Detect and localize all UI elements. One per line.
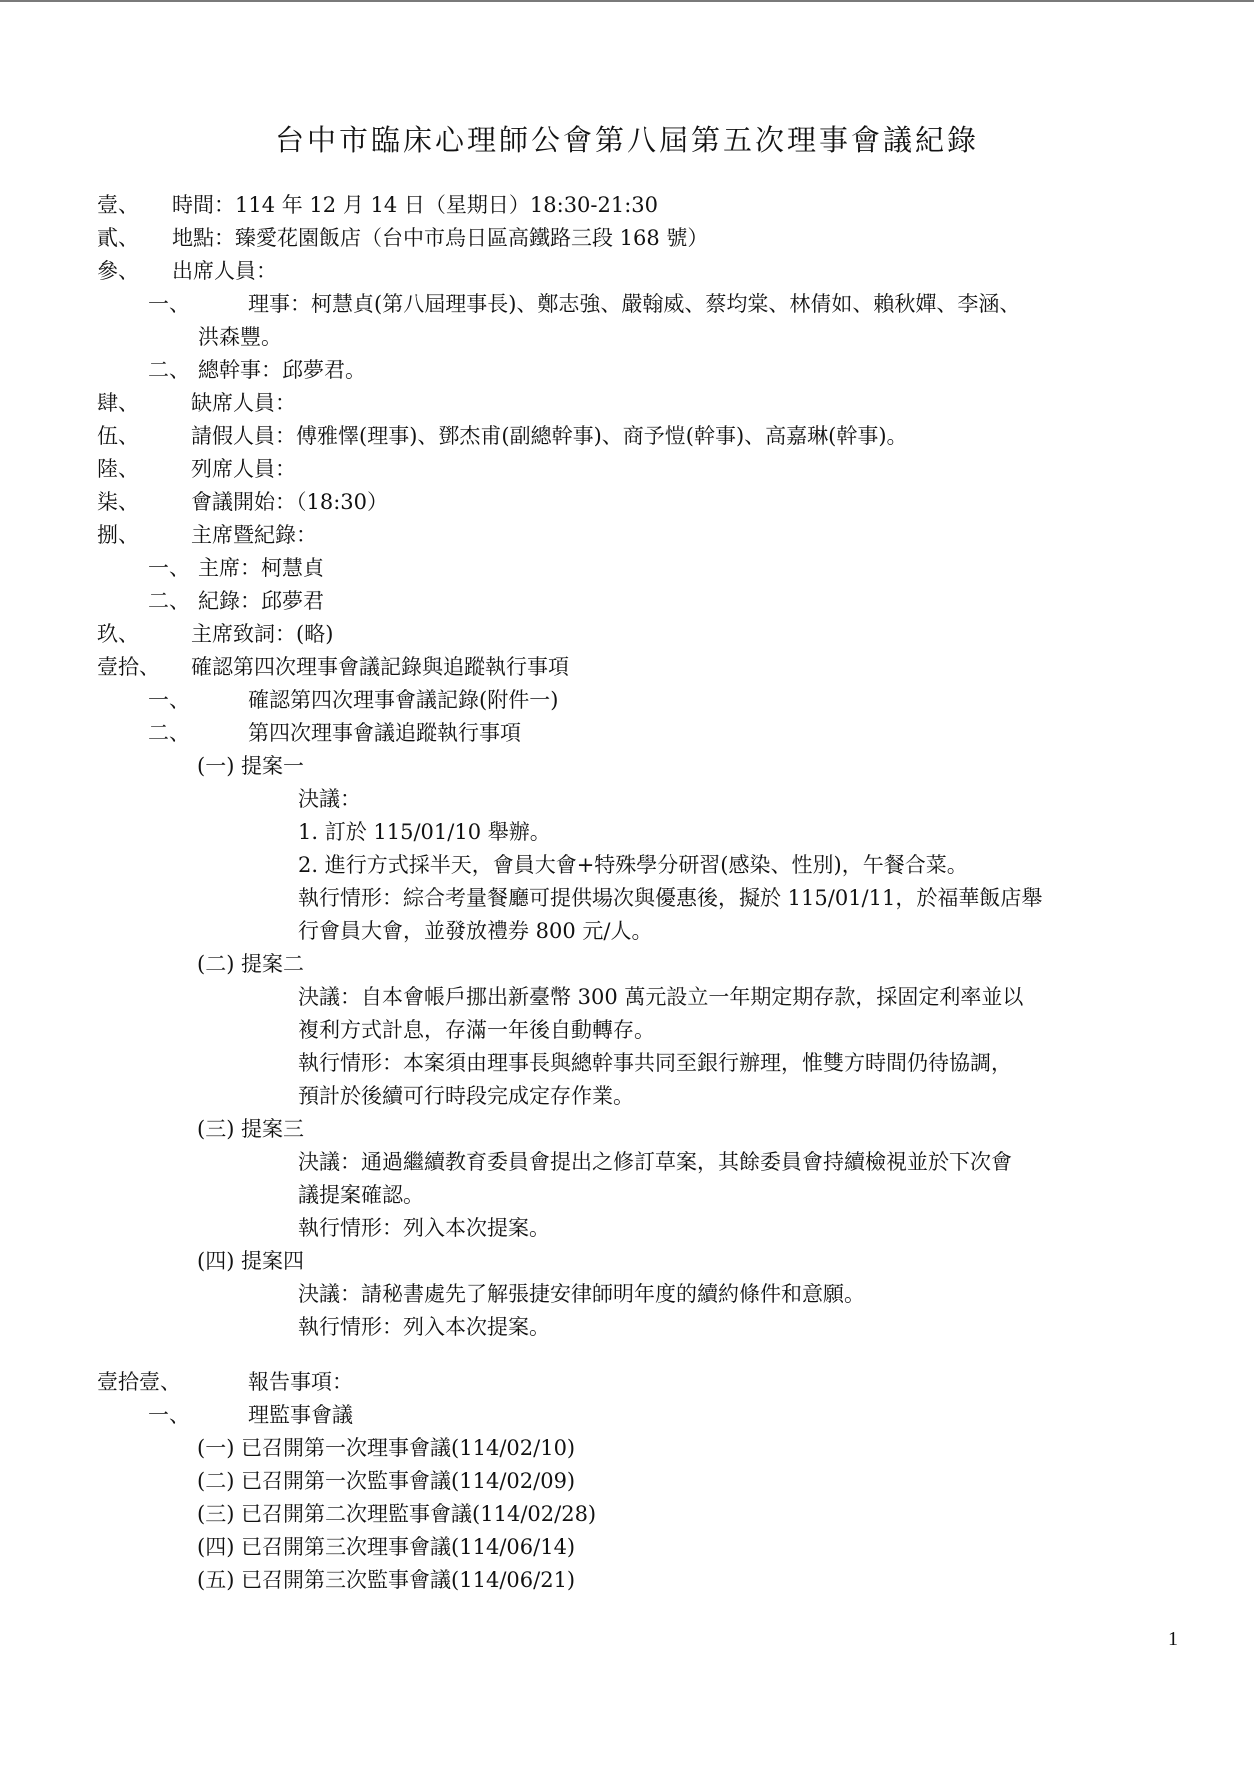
item-number: 二、 <box>148 585 190 618</box>
proposal-text: 複利方式計息，存滿一年後自動轉存。 <box>298 1014 655 1047</box>
proposal-text: 決議：自本會帳戶挪出新臺幣 300 萬元設立一年期定期存款，採固定利率並以 <box>298 981 1023 1014</box>
confirm-minutes: 確認第四次理事會議記錄(附件一) <box>248 684 558 717</box>
section-number: 貳、 <box>97 222 139 255</box>
attendees-directors: 理事：柯慧貞(第八屆理事長)、鄭志強、嚴翰威、蔡均棠、林倩如、賴秋嬋、李涵、 <box>248 288 1020 321</box>
leave-list: 請假人員：傅雅懌(理事)、鄧杰甫(副總幹事)、商予愷(幹事)、高嘉琳(幹事)。 <box>191 420 908 453</box>
section-number: 參、 <box>97 255 139 288</box>
attendees-heading: 出席人員： <box>172 255 277 288</box>
meeting-item: (二) 已召開第一次監事會議(114/02/09) <box>197 1465 575 1498</box>
absent-heading: 缺席人員： <box>191 387 296 420</box>
proposal-text: 議提案確認。 <box>298 1179 424 1212</box>
item-number: 一、 <box>148 1399 190 1432</box>
proposal-text: 2. 進行方式採半天，會員大會+特殊學分研習(感染、性別)，午餐合菜。 <box>298 849 968 882</box>
item-number: 一、 <box>148 684 190 717</box>
proposal-text: 決議： <box>298 783 361 816</box>
section-number: 壹拾壹、 <box>97 1366 181 1399</box>
proposal-text: 執行情形：列入本次提案。 <box>298 1212 550 1245</box>
proposal-label: (一) 提案一 <box>197 750 304 783</box>
item-number: 二、 <box>148 717 190 750</box>
section-number: 伍、 <box>97 420 139 453</box>
meeting-start: 會議開始：（18:30） <box>191 486 388 519</box>
item-number: 二、 <box>148 354 190 387</box>
meeting-item: (四) 已召開第三次理事會議(114/06/14) <box>197 1531 575 1564</box>
meeting-location: 地點：臻愛花園飯店（台中市烏日區高鐵路三段 168 號） <box>172 222 708 255</box>
proposal-text: 執行情形：列入本次提案。 <box>298 1311 550 1344</box>
attendees-secretary: 總幹事：邱夢君。 <box>198 354 366 387</box>
proposal-text: 決議：通過繼續教育委員會提出之修訂草案，其餘委員會持續檢視並於下次會 <box>298 1146 1012 1179</box>
meeting-item: (五) 已召開第三次監事會議(114/06/21) <box>197 1564 575 1597</box>
chair-recorder-heading: 主席暨紀錄： <box>191 519 317 552</box>
followup-heading: 第四次理事會議追蹤執行事項 <box>248 717 521 750</box>
proposal-label: (三) 提案三 <box>197 1113 304 1146</box>
section-number: 玖、 <box>97 618 139 651</box>
section-number: 陸、 <box>97 453 139 486</box>
chair: 主席：柯慧貞 <box>198 552 324 585</box>
document-title: 台中市臨床心理師公會第八屆第五次理事會議紀錄 <box>0 118 1254 159</box>
chair-speech: 主席致詞：(略) <box>191 618 333 651</box>
meeting-item: (一) 已召開第一次理事會議(114/02/10) <box>197 1432 575 1465</box>
proposal-text: 行會員大會，並發放禮券 800 元/人。 <box>298 915 653 948</box>
proposal-label: (二) 提案二 <box>197 948 304 981</box>
proposal-text: 執行情形：綜合考量餐廳可提供場次與優惠後，擬於 115/01/11，於福華飯店舉 <box>298 882 1042 915</box>
recorder: 紀錄：邱夢君 <box>198 585 324 618</box>
board-meetings-heading: 理監事會議 <box>248 1399 353 1432</box>
section-number: 壹、 <box>97 189 139 222</box>
section-number: 捌、 <box>97 519 139 552</box>
proposal-label: (四) 提案四 <box>197 1245 304 1278</box>
report-heading: 報告事項： <box>248 1366 353 1399</box>
proposal-text: 1. 訂於 115/01/10 舉辦。 <box>298 816 551 849</box>
item-number: 一、 <box>148 552 190 585</box>
section-number: 肆、 <box>97 387 139 420</box>
proposal-text: 決議：請秘書處先了解張捷安律師明年度的續約條件和意願。 <box>298 1278 865 1311</box>
proposal-text: 預計於後續可行時段完成定存作業。 <box>298 1080 634 1113</box>
item-number: 一、 <box>148 288 190 321</box>
page-top-border <box>0 0 1254 2</box>
meeting-time: 時間：114 年 12 月 14 日（星期日）18:30-21:30 <box>172 189 658 222</box>
page-number: 1 <box>1168 1628 1178 1651</box>
meeting-item: (三) 已召開第二次理監事會議(114/02/28) <box>197 1498 596 1531</box>
section-number: 壹拾、 <box>97 651 160 684</box>
attendees-directors-cont: 洪森豐。 <box>198 321 282 354</box>
section-number: 柒、 <box>97 486 139 519</box>
confirm-heading: 確認第四次理事會議記錄與追蹤執行事項 <box>191 651 569 684</box>
observers-heading: 列席人員： <box>191 453 296 486</box>
proposal-text: 執行情形：本案須由理事長與總幹事共同至銀行辦理，惟雙方時間仍待協調， <box>298 1047 1012 1080</box>
